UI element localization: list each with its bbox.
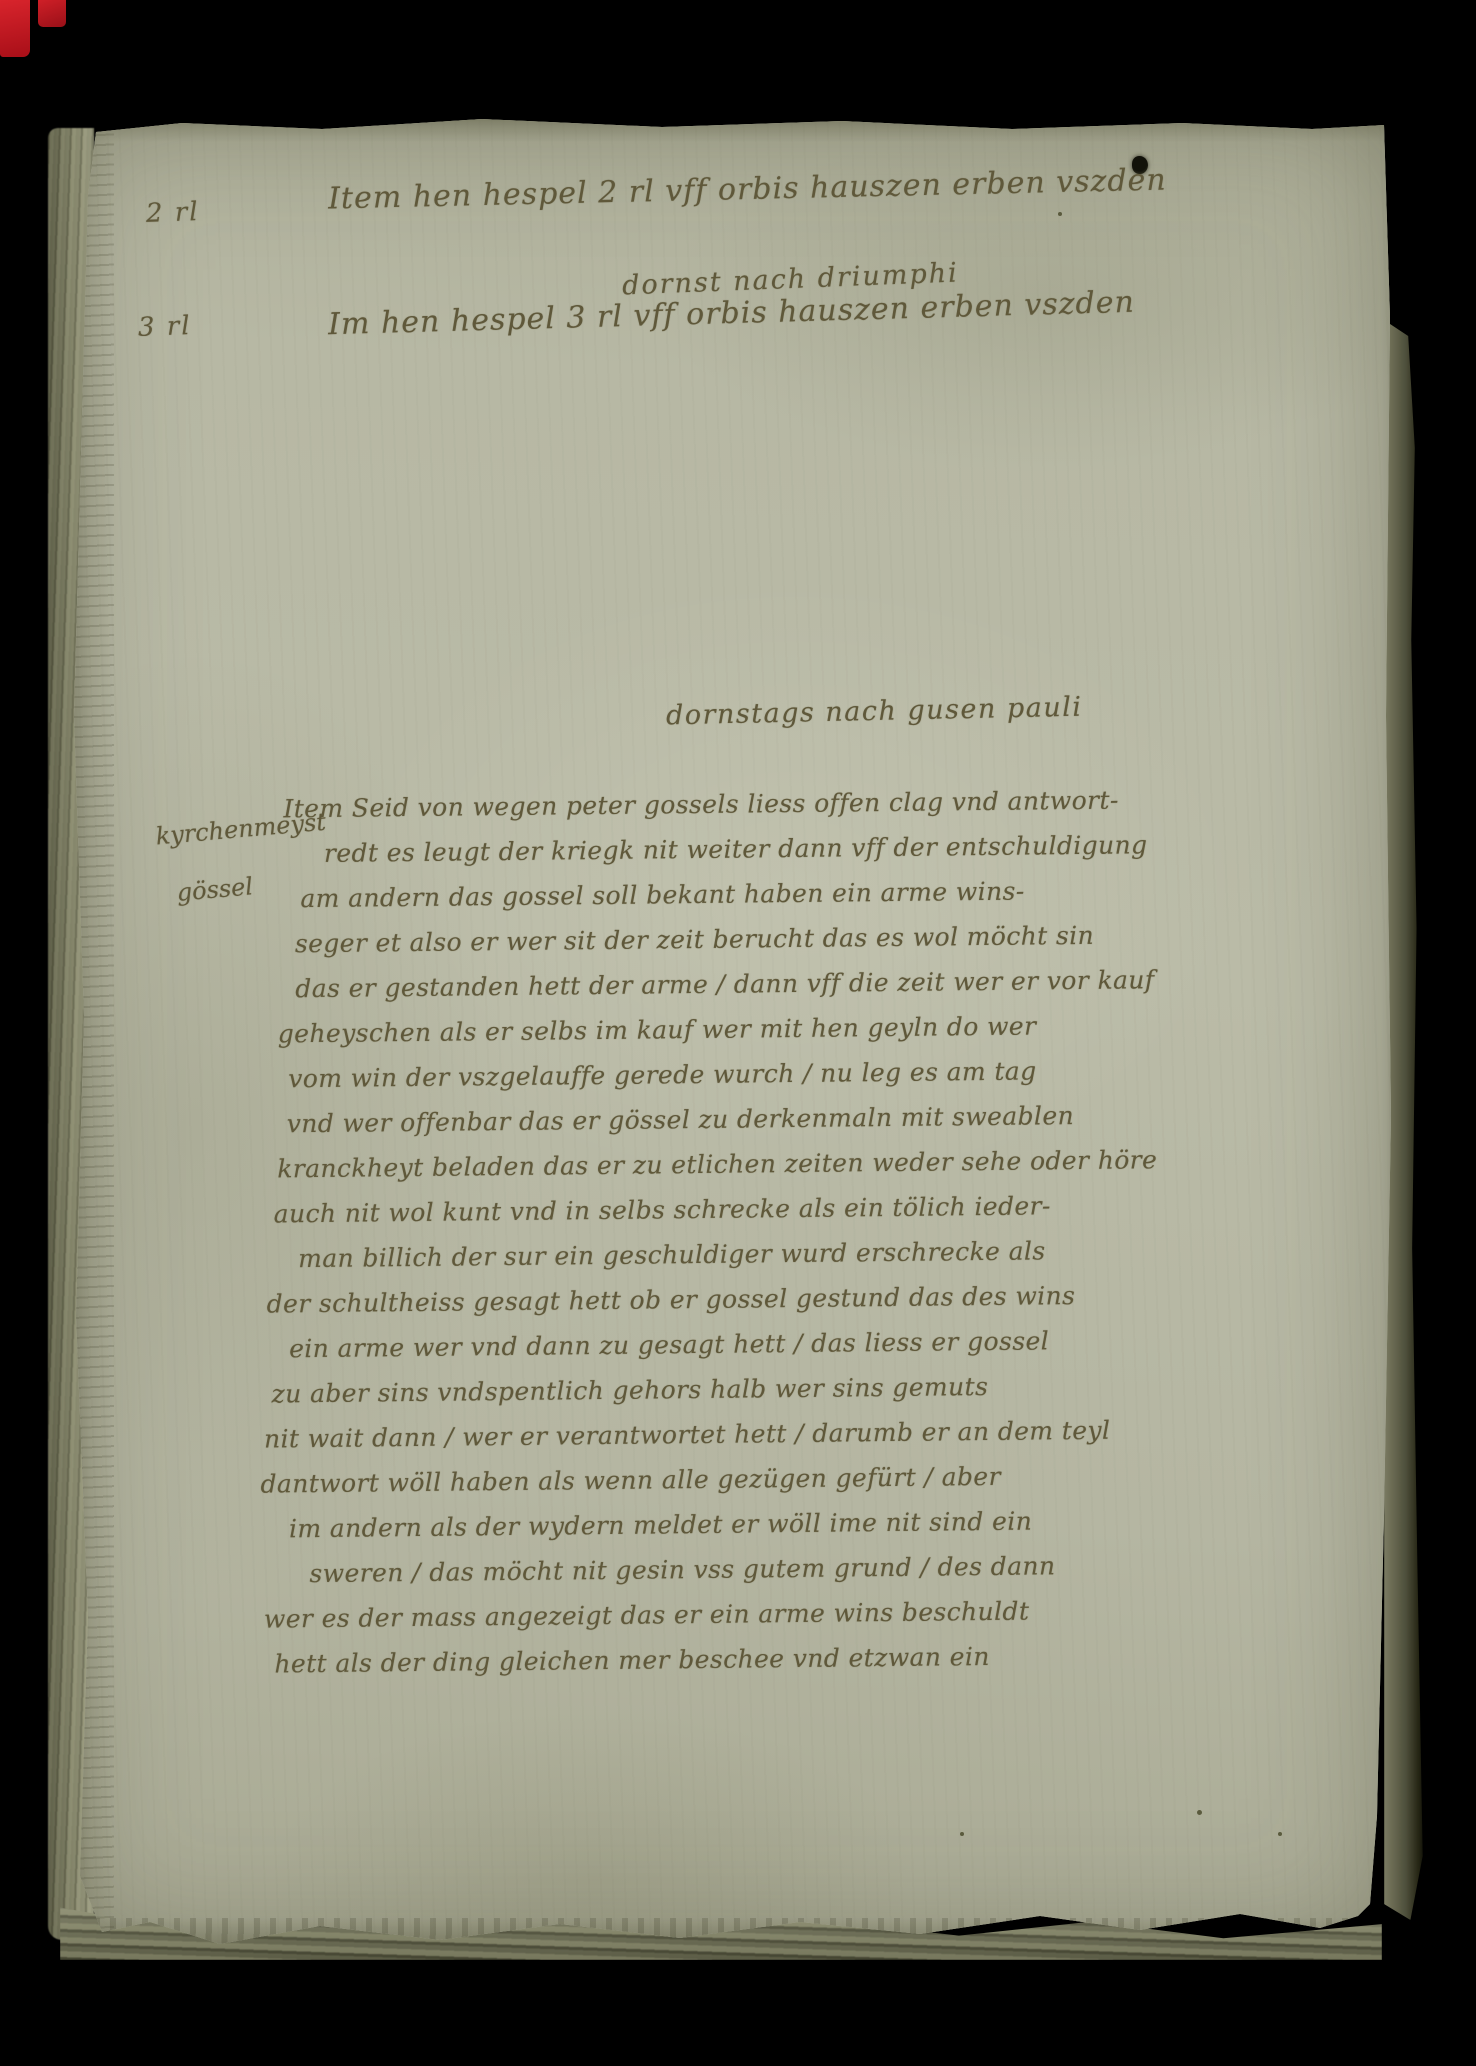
ink-speck [1058,212,1062,216]
section-date-heading: dornstags nach gusen pauli [666,692,1083,732]
margin-amount-1: 2 rl [145,197,200,229]
ink-speck [960,1832,964,1836]
top-deckle-edge [62,116,1392,142]
body-text-line: hett als der ding gleichen mer beschee v… [262,1640,1142,1694]
margin-amount-2: 3 rl [137,311,192,343]
body-text-block: Item Seid von wegen peter gossels liess … [253,785,1142,1694]
manuscript-page: 2 rl Item hen hespel 2 rl vff orbis haus… [62,116,1392,1952]
red-binding-mark-1 [0,0,30,57]
red-binding-mark-2 [38,0,66,27]
ink-speck [1197,1810,1202,1815]
ink-speck [1278,1832,1282,1836]
entry-line-1: Item hen hespel 2 rl vff orbis hauszen e… [328,162,1167,216]
photo-background: 2 rl Item hen hespel 2 rl vff orbis haus… [0,0,1476,2066]
